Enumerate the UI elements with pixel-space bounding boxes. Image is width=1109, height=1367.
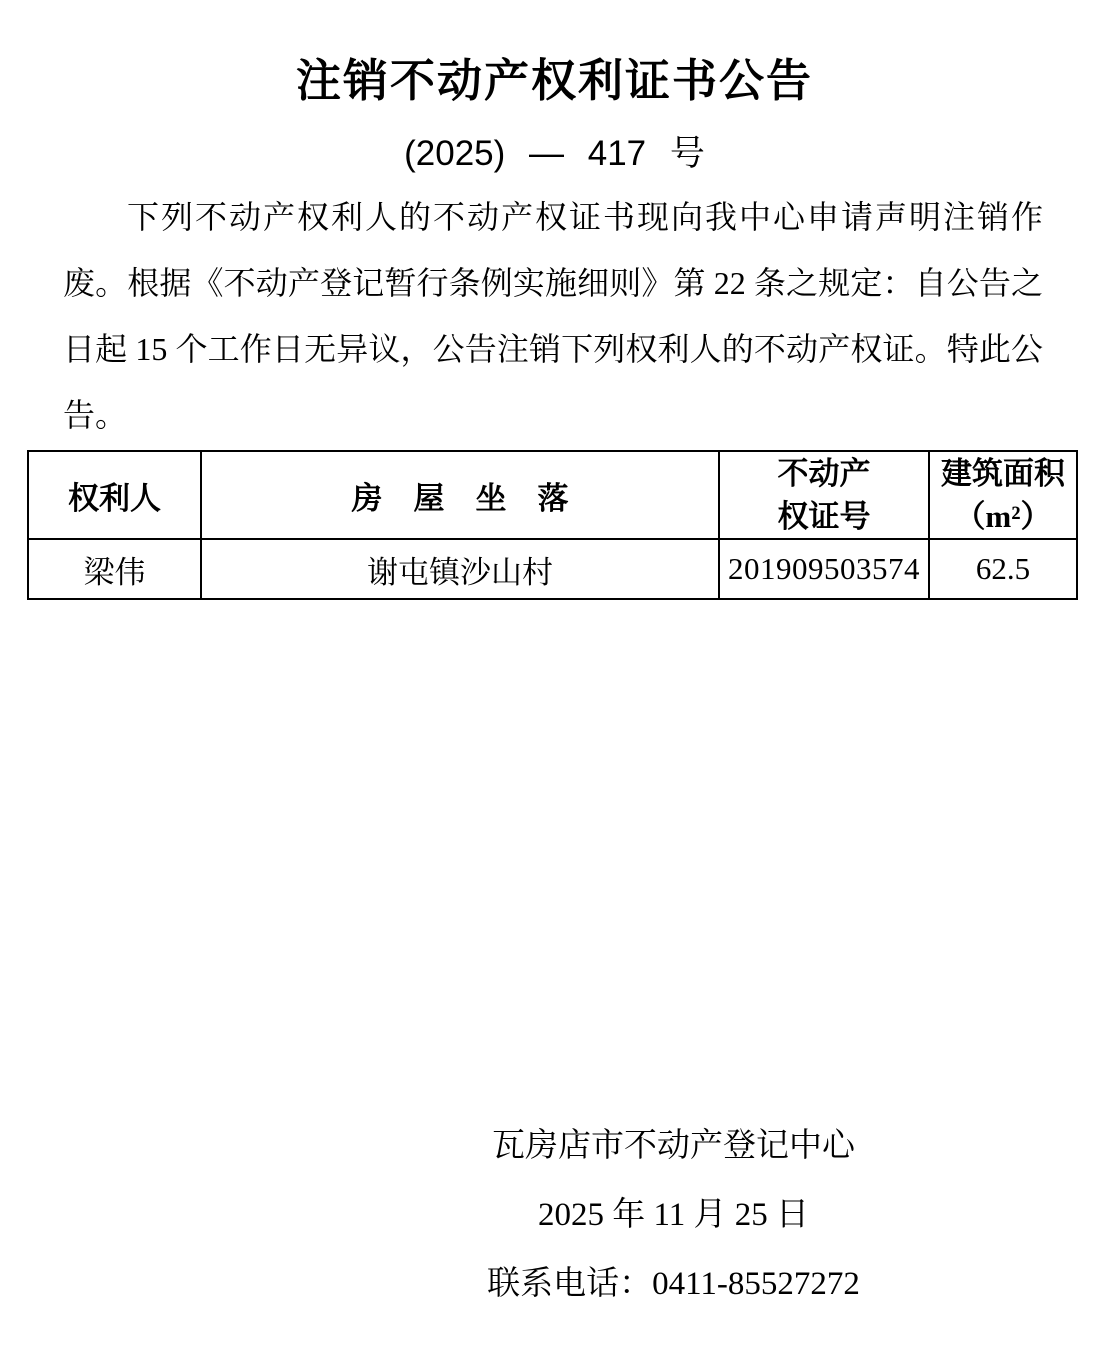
signature-block: 瓦房店市不动产登记中心 2025 年 11 月 25 日 联系电话：0411-8… bbox=[0, 1112, 1109, 1319]
announcement-body-paragraph: 下列不动产权利人的不动产权证书现向我中心申请声明注销作废。根据《不动产登记暂行条… bbox=[63, 184, 1043, 448]
table-row: 梁伟 谢屯镇沙山村 201909503574 62.5 bbox=[28, 539, 1077, 599]
table-header-area-line2: （m²） bbox=[930, 495, 1076, 538]
cancellation-table: 权利人 房 屋 坐 落 不动产 权证号 建筑面积 （m²） 梁伟 谢屯镇沙山村 … bbox=[27, 450, 1078, 600]
cell-location: 谢屯镇沙山村 bbox=[201, 539, 719, 599]
issuing-organization: 瓦房店市不动产登记中心 bbox=[238, 1112, 1109, 1181]
issue-date: 2025 年 11 月 25 日 bbox=[238, 1181, 1109, 1250]
table-header-cert-line1: 不动产 bbox=[720, 452, 928, 495]
table-header-row: 权利人 房 屋 坐 落 不动产 权证号 建筑面积 （m²） bbox=[28, 451, 1077, 539]
contact-phone: 联系电话：0411-85527272 bbox=[238, 1250, 1109, 1319]
document-number: (2025) — 417 号 bbox=[0, 126, 1109, 176]
table-header-cert-number: 不动产 权证号 bbox=[719, 451, 929, 539]
cell-owner: 梁伟 bbox=[28, 539, 201, 599]
cell-area: 62.5 bbox=[929, 539, 1077, 599]
table-header-location: 房 屋 坐 落 bbox=[201, 451, 719, 539]
table-header-owner: 权利人 bbox=[28, 451, 201, 539]
page-title: 注销不动产权利证书公告 bbox=[0, 44, 1109, 109]
table-header-area-line1: 建筑面积 bbox=[930, 452, 1076, 495]
table-header-cert-line2: 权证号 bbox=[720, 495, 928, 538]
cell-cert-number: 201909503574 bbox=[719, 539, 929, 599]
table-header-area: 建筑面积 （m²） bbox=[929, 451, 1077, 539]
